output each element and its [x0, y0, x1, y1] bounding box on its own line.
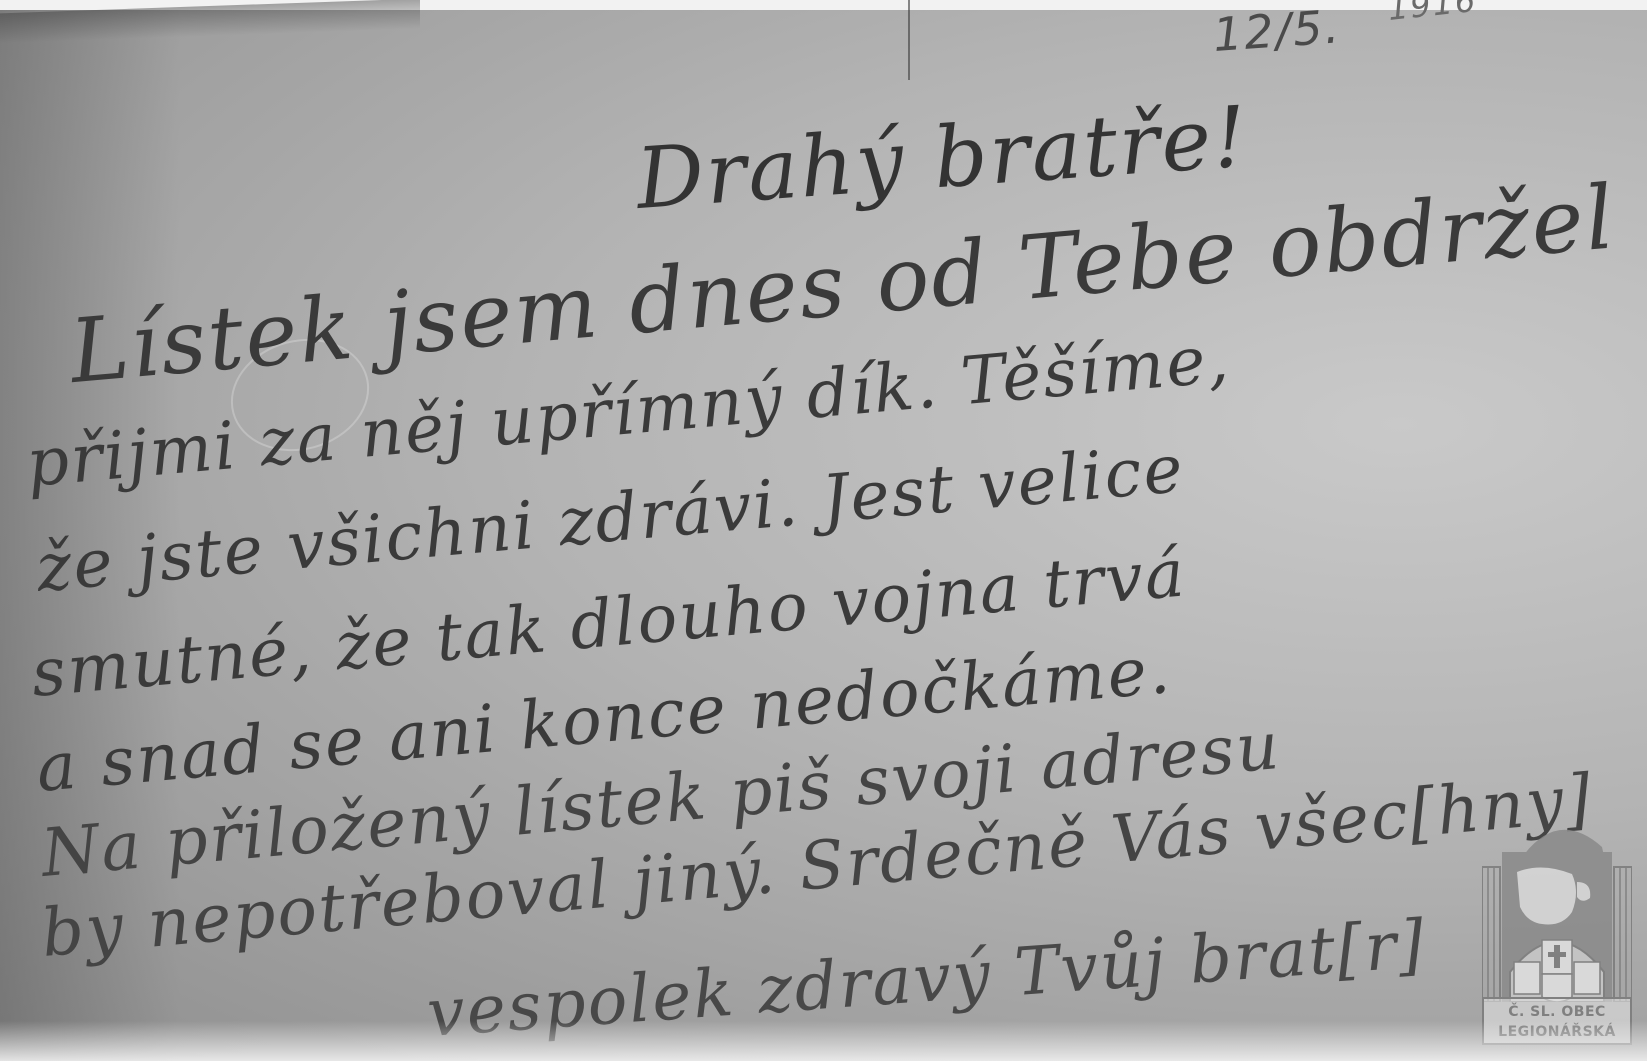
letter-date: 12/5.: [1211, 0, 1342, 62]
legion-watermark-logo: Č. SL. OBEC LEGIONÁŘSKÁ: [1482, 812, 1632, 1048]
soldier-emblem-icon: [1482, 812, 1632, 1002]
paper-crease: [908, 0, 910, 80]
letter-year: 1916: [1386, 0, 1479, 28]
watermark-text-line-1: Č. SL. OBEC: [1482, 1004, 1632, 1020]
bottom-edge: [0, 1021, 1647, 1061]
letter-photograph: 12/5. 1916 Drahý bratře! Lístek jsem dne…: [0, 0, 1647, 1061]
